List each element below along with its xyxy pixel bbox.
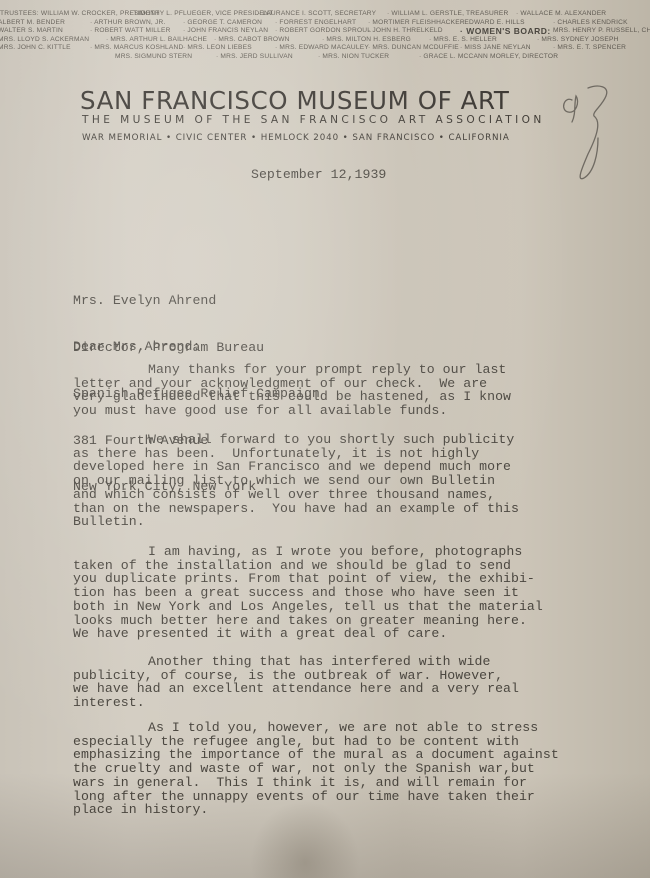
paragraph-line: developed here in San Francisco and we d… xyxy=(73,460,519,474)
trustee-name: · MISS JANE NEYLAN xyxy=(460,44,531,53)
museum-subtitle: THE MUSEUM OF THE SAN FRANCISCO ART ASSO… xyxy=(82,114,545,126)
trustee-name: · JOHN H. THRELKELD xyxy=(368,27,443,36)
paragraph-line: than on the newspapers. You have had an … xyxy=(73,502,519,516)
paragraph-line: publicity, of course, is the outbreak of… xyxy=(73,669,519,683)
trustee-name: · JOHN FRANCIS NEYLAN xyxy=(183,27,268,36)
trustee-name: · CHARLES KENDRICK xyxy=(553,19,628,28)
trustee-name: MRS. LLOYD S. ACKERMAN xyxy=(0,36,89,45)
trustee-name: · MRS. E. T. SPENCER xyxy=(553,44,626,53)
trustees-row: TRUSTEES: WILLIAM W. CROCKER, President·… xyxy=(0,10,650,19)
paragraph-line: the cruelty and waste of war, not only t… xyxy=(73,762,559,776)
paragraph-line: on our mailing list to which we send our… xyxy=(73,474,519,488)
trustee-name: · MRS. ARTHUR L. BAILHACHE xyxy=(106,36,207,45)
paragraph-line: As I told you, however, we are not able … xyxy=(73,721,559,735)
trustees-row: MRS. LLOYD S. ACKERMAN· MRS. ARTHUR L. B… xyxy=(0,36,650,45)
paragraph-line: Bulletin. xyxy=(73,515,519,529)
paragraph-line: Many thanks for your prompt reply to our… xyxy=(73,363,511,377)
paragraph-line: very glad indeed that this could be hast… xyxy=(73,390,511,404)
trustee-name: · MRS. MILTON H. ESBERG xyxy=(322,36,411,45)
trustees-row: ALBERT M. BENDER· ARTHUR BROWN, Jr.· GEO… xyxy=(0,19,650,28)
paragraph: As I told you, however, we are not able … xyxy=(73,721,559,817)
trustee-name: · MRS. EDWARD MACAULEY xyxy=(275,44,369,53)
paragraph-line: and which consists of well over three th… xyxy=(73,488,519,502)
paragraph: We shall forward to you shortly such pub… xyxy=(73,433,519,529)
trustee-name: · FORREST ENGELHART xyxy=(275,19,356,28)
paragraph-line: tion has been a great success and those … xyxy=(73,586,543,600)
trustee-name: ALBERT M. BENDER xyxy=(0,19,65,28)
museum-title: SAN FRANCISCO MUSEUM OF ART xyxy=(80,86,550,115)
paragraph-line: both in New York and Los Angeles, tell u… xyxy=(73,600,543,614)
trustee-name: · MRS. SYDNEY JOSEPH xyxy=(537,36,619,45)
letter-date: September 12,1939 xyxy=(251,167,386,182)
paragraph-line: wars in general. This I think it is, and… xyxy=(73,776,559,790)
trustee-name: · MRS. NION TUCKER xyxy=(318,53,389,62)
paragraph: I am having, as I wrote you before, phot… xyxy=(73,545,543,641)
paragraph-line: We have presented it with a great deal o… xyxy=(73,627,543,641)
trustee-name: · ROBERT GORDON SPROUL xyxy=(275,27,371,36)
trustee-name: · ROBERT WATT MILLER xyxy=(90,27,171,36)
paragraph: Another thing that has interfered with w… xyxy=(73,655,519,710)
trustee-name: MRS. HENRY P. RUSSELL, Chairman xyxy=(553,27,650,36)
trustee-name: · TIMOTHY L. PFLUEGER, Vice President xyxy=(129,10,273,19)
trustee-name: · MRS. MARCUS KOSHLAND xyxy=(90,44,183,53)
paragraph-line: interest. xyxy=(73,696,519,710)
paragraph-line: Another thing that has interfered with w… xyxy=(73,655,519,669)
letter-page: TRUSTEES: WILLIAM W. CROCKER, President·… xyxy=(0,0,650,878)
paragraph-line: long after the unnappy events of our tim… xyxy=(73,790,559,804)
trustee-name: · GEORGE T. CAMERON xyxy=(183,19,262,28)
trustees-list: TRUSTEES: WILLIAM W. CROCKER, President·… xyxy=(0,10,650,62)
paragraph-line: you duplicate prints. From that point of… xyxy=(73,572,543,586)
trustee-name: WALTER S. MARTIN xyxy=(0,27,63,36)
trustee-name: · MRS. LEON LIEBES xyxy=(183,44,252,53)
paragraph-line: letter and your acknowledgment of our ch… xyxy=(73,377,511,391)
trustee-name: · MRS. E. S. HELLER xyxy=(429,36,497,45)
trustee-name: · LAURANCE I. SCOTT, Secretary xyxy=(258,10,376,19)
paragraph-line: taken of the installation and we should … xyxy=(73,559,543,573)
paragraph: Many thanks for your prompt reply to our… xyxy=(73,363,511,418)
handwritten-page-number: 93 xyxy=(558,82,628,182)
womens-board-label: · WOMEN'S BOARD: xyxy=(460,27,551,36)
trustee-name: · MRS. JERD SULLIVAN xyxy=(216,53,293,62)
paragraph-line: you must have good use for all available… xyxy=(73,404,511,418)
recipient-line: Mrs. Evelyn Ahrend xyxy=(73,293,320,309)
trustee-name: · EDWARD E. HILLS xyxy=(460,19,525,28)
trustee-name: MRS. JOHN C. KITTLE xyxy=(0,44,71,53)
trustee-name: · MRS. CABOT BROWN xyxy=(214,36,290,45)
trustee-name: · GRACE L. McCANN MORLEY, Director xyxy=(419,53,558,62)
trustee-name: · WALLACE M. ALEXANDER xyxy=(516,10,606,19)
museum-address: WAR MEMORIAL • CIVIC CENTER • HEMLOCK 20… xyxy=(82,133,510,143)
salutation: Dear Mrs.Ahrend: xyxy=(73,339,200,354)
trustee-name: · MORTIMER FLEISHHACKER xyxy=(368,19,465,28)
paragraph-line: emphasizing the importance of the mural … xyxy=(73,748,559,762)
paragraph-line: place in history. xyxy=(73,803,559,817)
trustee-name: · MRS. DUNCAN McDUFFIE xyxy=(368,44,459,53)
trustee-name: MRS. SIGMUND STERN xyxy=(115,53,192,62)
paragraph-line: We shall forward to you shortly such pub… xyxy=(73,433,519,447)
paragraph-line: especially the refugee angle, but had to… xyxy=(73,735,559,749)
paragraph-line: looks much better here and takes on grea… xyxy=(73,614,543,628)
trustee-name: · WILLIAM L. GERSTLE, Treasurer xyxy=(387,10,509,19)
paragraph-line: I am having, as I wrote you before, phot… xyxy=(73,545,543,559)
trustees-row: MRS. JOHN C. KITTLE· MRS. MARCUS KOSHLAN… xyxy=(0,44,650,53)
trustee-name: · ARTHUR BROWN, Jr. xyxy=(90,19,165,28)
paragraph-line: as there has been. Unfortunately, it is … xyxy=(73,447,519,461)
trustees-row: WALTER S. MARTIN· ROBERT WATT MILLER· JO… xyxy=(0,27,650,36)
paragraph-line: we have had an excellent attendance here… xyxy=(73,682,519,696)
trustees-row: MRS. SIGMUND STERN· MRS. JERD SULLIVAN· … xyxy=(0,53,650,62)
